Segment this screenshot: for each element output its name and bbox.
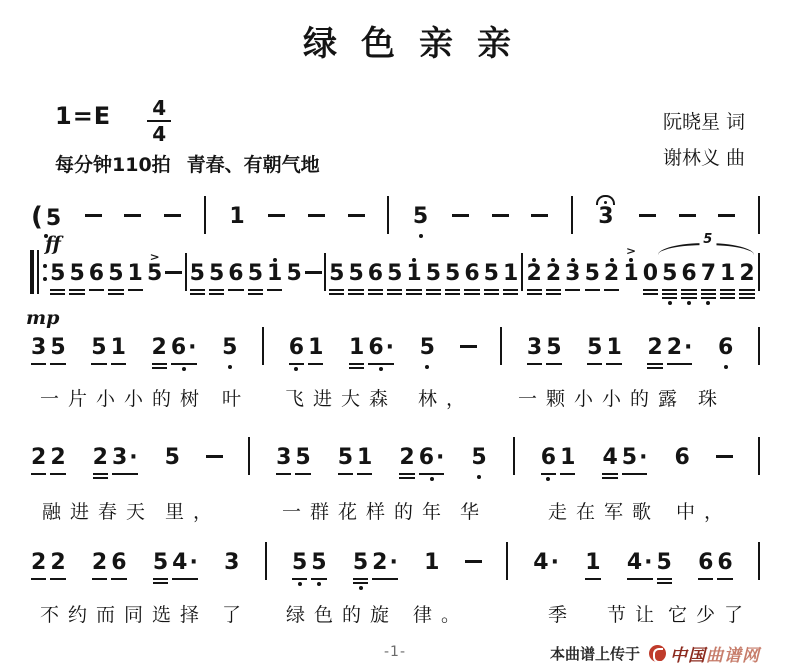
note-body: 1	[349, 336, 364, 361]
note-body: 6·	[171, 336, 197, 361]
note-digit: 2	[50, 446, 65, 470]
beam-lines	[606, 363, 621, 365]
sheet-music-page: 绿色亲亲 1=E 4 4 每分钟110拍青春、有朝气地 阮晓星 词 谢林义 曲 …	[0, 0, 790, 671]
lyric-segment: 珠	[698, 384, 726, 411]
dash-note	[716, 455, 733, 458]
note-body: 5	[445, 262, 460, 287]
lyric-segment: 绿色的旋	[286, 600, 398, 627]
note-body: 1	[560, 446, 575, 471]
beam-lines	[50, 578, 65, 580]
note-body: 6	[111, 551, 126, 576]
note-body: 2	[647, 336, 662, 361]
jianpu-note: 2	[92, 424, 109, 491]
jianpu-note: 5	[291, 529, 308, 592]
note-below	[687, 299, 691, 311]
music-line-1: (5153	[30, 183, 760, 244]
jianpu-note: 1	[405, 240, 422, 307]
expression-marking: 青春、有朝气地	[187, 154, 320, 176]
upload-note: 本曲谱上传于	[550, 643, 640, 664]
note-body: 5	[657, 551, 672, 576]
note-body: 7	[701, 262, 716, 287]
note-body: 6	[681, 262, 696, 287]
beam-lines	[111, 363, 126, 365]
barline	[265, 542, 267, 580]
beam-lines	[484, 289, 499, 295]
lyrics-line-3: 不约而同选择了绿色的旋律。季节让它少了	[0, 600, 790, 626]
note-body: 2	[739, 262, 754, 287]
beam-group: 52	[584, 240, 621, 303]
repeat-sign	[30, 250, 47, 294]
jianpu-note: 1	[110, 314, 127, 377]
dash-note	[348, 214, 365, 217]
jianpu-note: 2	[526, 240, 543, 307]
note-digit: 5	[329, 262, 344, 286]
jianpu-note: 5	[90, 314, 107, 377]
jianpu-note: 5	[347, 240, 364, 307]
note-digit: 6	[698, 551, 713, 575]
beam-lines	[172, 578, 198, 580]
octave-dot-low	[706, 301, 710, 305]
beam-lines	[406, 289, 421, 295]
beam-lines	[348, 289, 363, 295]
note-body: 6	[698, 551, 713, 576]
beam-lines	[464, 289, 479, 295]
jianpu-note: 4·	[171, 529, 199, 596]
note-digit: 5	[50, 262, 65, 286]
lyrics-line-1: 一片小小的树叶飞进大森林，一颗小小的露珠	[0, 384, 790, 410]
note-body: 3	[276, 446, 291, 471]
note-body: 4·	[172, 551, 198, 576]
note-digit: 6	[228, 262, 243, 286]
octave-dot-low	[724, 365, 728, 369]
note-below	[379, 365, 383, 377]
note-below	[546, 475, 550, 487]
note-body: 2·	[667, 336, 693, 361]
note-digit: 5	[338, 446, 353, 470]
note-digit: 6	[289, 336, 304, 360]
note-below	[182, 365, 186, 377]
beam-lines	[587, 363, 602, 365]
jianpu-note: 6·	[367, 314, 395, 381]
note-body: 1	[503, 262, 518, 287]
dash-note	[718, 214, 735, 217]
note-body: 6	[718, 336, 733, 361]
dash-note	[492, 214, 509, 217]
beam-lines	[647, 363, 662, 369]
site-name-primary: 中国	[670, 641, 706, 666]
jianpu-note: 5	[49, 314, 66, 377]
dash-note	[452, 214, 469, 217]
note-digit: 5	[209, 262, 224, 286]
note-above	[551, 240, 555, 262]
beam-lines	[308, 363, 323, 365]
augmentation-dot: ·	[389, 552, 397, 574]
beam-lines	[152, 363, 167, 369]
jianpu-note: 5	[221, 314, 238, 375]
jianpu-note: 2	[91, 529, 108, 592]
note-body: 2	[152, 336, 167, 361]
note-body: 5	[587, 336, 602, 361]
beam-group: 223	[526, 240, 582, 307]
note-body: 3·	[112, 446, 138, 471]
note-body: 5	[662, 262, 677, 287]
beam-lines	[128, 289, 143, 291]
note-digit: 5	[292, 551, 307, 575]
note-digit: 6	[464, 262, 479, 286]
barline	[758, 542, 760, 580]
beam-group: 5056712	[642, 240, 756, 311]
beam-lines	[546, 363, 561, 365]
octave-dot-low	[668, 301, 672, 305]
note-body: 1	[357, 446, 372, 471]
note-below	[317, 580, 321, 592]
note-body: (5	[31, 205, 61, 230]
beam-lines	[527, 363, 542, 365]
note-below	[425, 363, 429, 375]
beam-lines	[546, 289, 561, 295]
beam-lines	[739, 289, 754, 299]
beam-lines	[50, 289, 65, 295]
note-body: 1	[606, 336, 621, 361]
beam-group: 16·	[348, 314, 395, 381]
note-digit: 5	[286, 262, 301, 286]
beam-group: 22	[30, 529, 67, 592]
note-body: 1	[720, 262, 735, 287]
dash-note	[164, 214, 181, 217]
note-body: 1	[111, 336, 126, 361]
note-digit: 1	[349, 336, 364, 360]
note-digit: 5	[484, 262, 499, 286]
note-body: 1	[623, 262, 638, 287]
note-body: 5	[190, 262, 205, 287]
barline	[513, 437, 515, 475]
note-body: 2	[604, 262, 619, 287]
note-digit: 5	[662, 262, 677, 286]
note-digit: 2	[739, 262, 754, 286]
note-body: 2	[527, 262, 542, 287]
octave-dot-low	[228, 365, 232, 369]
jianpu-note: 6	[697, 529, 714, 592]
note-digit: 6	[717, 551, 732, 575]
jianpu-note: 1	[423, 529, 440, 590]
beam-lines	[89, 289, 104, 291]
note-body: 5	[353, 551, 368, 576]
jianpu-note: 2·	[371, 529, 399, 596]
note-body: 3	[527, 336, 542, 361]
augmentation-dot: ·	[551, 552, 559, 574]
note-body: 6	[717, 551, 732, 576]
beam-lines	[585, 578, 600, 580]
note-digit: 2	[399, 446, 414, 470]
dash-note	[308, 214, 325, 217]
jianpu-note: 6	[110, 529, 127, 592]
beam-lines	[604, 289, 619, 291]
note-body: 5	[585, 262, 600, 287]
note-body: 1	[267, 262, 282, 287]
note-below	[430, 475, 434, 487]
barline	[387, 196, 389, 234]
beam-lines	[701, 289, 716, 299]
note-digit: 4	[627, 551, 642, 575]
beam-group: 556	[189, 240, 245, 307]
beam-lines	[349, 363, 364, 369]
note-body: 5	[329, 262, 344, 287]
note-digit: 6	[368, 262, 383, 286]
note-digit: 6	[171, 336, 186, 360]
dash-note	[679, 214, 696, 217]
note-body: 5	[286, 262, 301, 287]
barline	[248, 437, 250, 475]
note-body: 2	[31, 551, 46, 576]
note-below	[668, 299, 672, 311]
note-body: 3	[224, 551, 239, 576]
jianpu-note: >5	[146, 240, 163, 301]
note-above: >	[626, 240, 636, 262]
lyric-segment: 一颗小小的露	[518, 384, 686, 411]
accent-icon: >	[626, 247, 636, 255]
note-digit: 5	[622, 446, 637, 470]
jianpu-note: 5	[545, 314, 562, 377]
beam-lines	[228, 289, 243, 291]
note-body: 5	[484, 262, 499, 287]
jianpu-note: 6	[88, 240, 105, 307]
note-digit: 4	[172, 551, 187, 575]
note-body: 5	[209, 262, 224, 287]
note-digit: 6	[681, 262, 696, 286]
beam-lines	[667, 363, 693, 365]
note-digit: 1	[560, 446, 575, 470]
jianpu-note: 5	[586, 314, 603, 377]
note-digit: 1	[357, 446, 372, 470]
jianpu-note: 5	[310, 529, 327, 592]
jianpu-note: ff5	[49, 240, 66, 307]
beam-lines	[295, 473, 310, 475]
note-digit: 2	[93, 446, 108, 470]
composer-credit: 谢林义 曲	[663, 140, 745, 176]
jianpu-note: 6	[227, 240, 244, 307]
beam-group: 35	[275, 424, 312, 487]
note-body: 5	[311, 551, 326, 576]
note-body: 5	[338, 446, 353, 471]
note-digit: 5	[108, 262, 123, 286]
augmentation-dot: ·	[684, 337, 692, 359]
note-body: 2	[92, 551, 107, 576]
lyric-segment: 飞进大森	[285, 384, 397, 411]
augmentation-dot: ·	[188, 337, 196, 359]
note-digit: 5	[311, 551, 326, 575]
note-body: 5	[50, 262, 65, 287]
beam-lines	[276, 473, 291, 475]
jianpu-note: 5	[425, 240, 442, 307]
music-line-5: 222654·35552·14·14·566	[30, 529, 760, 596]
jianpu-note: 5	[68, 240, 85, 307]
note-body: 6·	[419, 446, 445, 471]
lyric-segment: 中，	[676, 497, 732, 524]
beam-lines	[565, 289, 580, 291]
barline	[185, 253, 187, 291]
song-title: 绿色亲亲	[0, 16, 790, 65]
note-body: 5	[413, 205, 428, 230]
barline	[758, 437, 760, 475]
note-digit: 1	[720, 262, 735, 286]
note-below	[359, 584, 363, 596]
jianpu-note: 6	[673, 424, 690, 485]
beam-lines	[681, 289, 696, 299]
note-digit: 1	[424, 551, 439, 575]
note-digit: 3	[31, 336, 46, 360]
music-line-3: mp355126·56116·5355122·6	[30, 314, 760, 381]
lyric-segment: 季	[548, 600, 576, 627]
note-digit: 5	[348, 262, 363, 286]
jianpu-note: 5	[386, 240, 403, 307]
note-body: 6	[464, 262, 479, 287]
jianpu-note: 5	[164, 424, 181, 485]
beam-lines	[387, 289, 402, 295]
beam-lines	[31, 578, 46, 580]
note-digit: 6	[368, 336, 383, 360]
note-body: 3	[565, 262, 580, 287]
note-digit: 1	[308, 336, 323, 360]
jianpu-note: 5	[419, 314, 436, 375]
jianpu-note: 3	[564, 240, 581, 307]
jianpu-note: 6	[540, 424, 557, 487]
site-name-secondary: 曲谱网	[706, 641, 760, 666]
lyric-segment: 一群花样的年	[282, 497, 450, 524]
jianpu-note: 6	[680, 240, 697, 311]
note-digit: 1	[111, 336, 126, 360]
beam-lines	[329, 289, 344, 295]
beam-group: 26·	[151, 314, 198, 381]
note-body: 5	[147, 262, 162, 287]
jianpu-note: 4	[601, 424, 618, 491]
tempo-row: 每分钟110拍青春、有朝气地	[55, 150, 320, 177]
note-digit: 2	[31, 551, 46, 575]
jianpu-note: 6·	[418, 424, 446, 491]
note-digit: 2	[527, 262, 542, 286]
jianpu-note: 2	[49, 529, 66, 592]
beam-group: 66	[697, 529, 734, 592]
octave-dot-low	[294, 367, 298, 371]
note-body: 5	[248, 262, 263, 287]
note-above: >	[150, 240, 160, 262]
beam-lines	[527, 289, 542, 295]
note-body: 6·	[368, 336, 394, 361]
jianpu-note: 5	[247, 240, 264, 307]
note-body: 5	[546, 336, 561, 361]
jianpu-note: >1	[622, 240, 639, 301]
jianpu-note: 1	[348, 314, 365, 381]
note-body: 1	[128, 262, 143, 287]
jianpu-note: 5	[208, 240, 225, 307]
jianpu-note: 3	[275, 424, 292, 487]
note-body: 5	[50, 336, 65, 361]
note-digit: 5	[587, 336, 602, 360]
beam-lines	[399, 473, 414, 479]
jianpu-note: 4·	[532, 529, 560, 590]
beam-group: 54·	[152, 529, 199, 596]
note-body: 1	[424, 551, 439, 576]
jianpu-note: 7	[700, 240, 717, 311]
beam-group: 5565155651	[328, 240, 519, 307]
note-digit: 6	[89, 262, 104, 286]
beam-lines	[445, 289, 460, 295]
note-above	[596, 183, 615, 205]
lyrics-line-2: 融进春天里，一群花样的年华走在军歌中，	[0, 497, 790, 523]
note-body: 5·	[622, 446, 648, 471]
time-signature-numerator: 4	[147, 97, 171, 122]
octave-dot-low	[546, 477, 550, 481]
jianpu-note: 5	[189, 240, 206, 307]
note-body: 2·	[372, 551, 398, 576]
dash-note	[268, 214, 285, 217]
note-digit: 3	[598, 205, 613, 229]
note-body: 2	[50, 446, 65, 471]
barline	[506, 542, 508, 580]
note-digit: 5	[426, 262, 441, 286]
note-digit: 2	[647, 336, 662, 360]
beam-group: 4·5	[626, 529, 673, 596]
note-digit: 1	[267, 262, 282, 286]
beam-lines	[720, 289, 735, 299]
jianpu-note: 4·	[626, 529, 654, 596]
note-digit: 6	[541, 446, 556, 470]
jianpu-note: 2	[30, 424, 47, 487]
jianpu-note: 1	[356, 424, 373, 487]
jianpu-note: 5	[661, 240, 678, 311]
beam-group: 45·	[601, 424, 648, 491]
jianpu-note: 2	[30, 529, 47, 592]
note-digit: 6	[718, 336, 733, 360]
octave-dot-low	[430, 477, 434, 481]
note-digit: 1	[406, 262, 421, 286]
lyricist-credit: 阮晓星 词	[663, 104, 745, 140]
note-digit: 0	[643, 262, 658, 286]
note-digit: 1	[606, 336, 621, 360]
beam-lines	[560, 473, 575, 475]
beam-lines	[372, 578, 398, 580]
note-body: 5	[420, 336, 435, 361]
dash-note	[531, 214, 548, 217]
accent-icon: >	[150, 253, 160, 261]
barline	[758, 253, 760, 291]
note-digit: 3	[276, 446, 291, 470]
barline	[521, 253, 523, 291]
note-body: 5	[348, 262, 363, 287]
note-below	[724, 363, 728, 375]
jianpu-note: 5	[294, 424, 311, 487]
note-body: 5	[295, 446, 310, 471]
open-paren: (	[31, 205, 43, 229]
beam-lines	[108, 289, 123, 295]
jianpu-note: 1	[307, 314, 324, 377]
beam-lines	[111, 578, 126, 580]
note-digit: 5	[471, 446, 486, 470]
beam-lines	[50, 473, 65, 475]
jianpu-note: 1	[584, 529, 601, 592]
note-body: 3	[31, 336, 46, 361]
octave-dot-low	[425, 365, 429, 369]
jianpu-note: 1	[605, 314, 622, 377]
jianpu-note: 2	[738, 240, 755, 311]
note-below	[294, 365, 298, 377]
note-digit: 5	[353, 551, 368, 575]
dynamic-mark: ff	[45, 235, 61, 254]
note-digit: 5	[657, 551, 672, 575]
beam-lines	[93, 473, 108, 479]
note-digit: 1	[128, 262, 143, 286]
note-digit: 5	[91, 336, 106, 360]
lyric-segment: 节让	[607, 600, 663, 627]
